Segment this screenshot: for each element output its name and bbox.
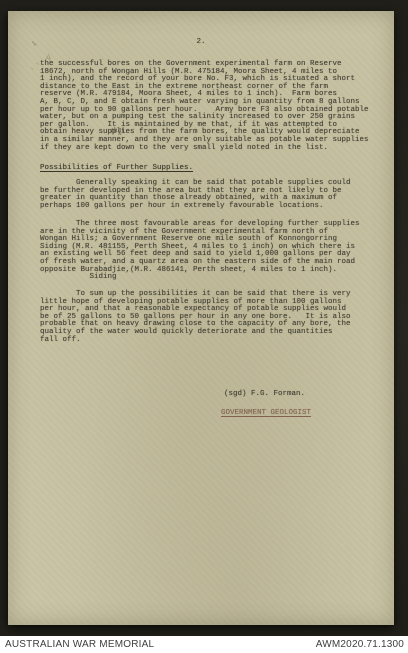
- footer-accession-number: AWM2020.71.1300: [316, 639, 404, 650]
- insertion-caret-mark: ^: [118, 133, 122, 140]
- document-page: 2. the successful bores on the Governmen…: [8, 11, 394, 625]
- body-paragraph-3: The three most favourable areas for deve…: [40, 221, 388, 282]
- page-number: 2.: [8, 39, 394, 47]
- section-heading: Possibilities of Further Supplies.: [40, 165, 388, 173]
- footer-institution: AUSTRALIAN WAR MEMORIAL: [5, 639, 154, 650]
- awm-footer: AUSTRALIAN WAR MEMORIAL AWM2020.71.1300: [0, 636, 408, 653]
- body-paragraph-1: the successful bores on the Government e…: [40, 61, 388, 152]
- signature-line: (sgd) F.G. Forman.: [224, 391, 305, 399]
- scan-background: 2. the successful bores on the Governmen…: [0, 0, 408, 653]
- body-paragraph-4: To sum up the possibilities it can be sa…: [40, 291, 388, 344]
- signature-title: GOVERNMENT GEOLOGIST: [221, 410, 311, 418]
- body-paragraph-2: Generally speaking it can be said that p…: [40, 180, 388, 210]
